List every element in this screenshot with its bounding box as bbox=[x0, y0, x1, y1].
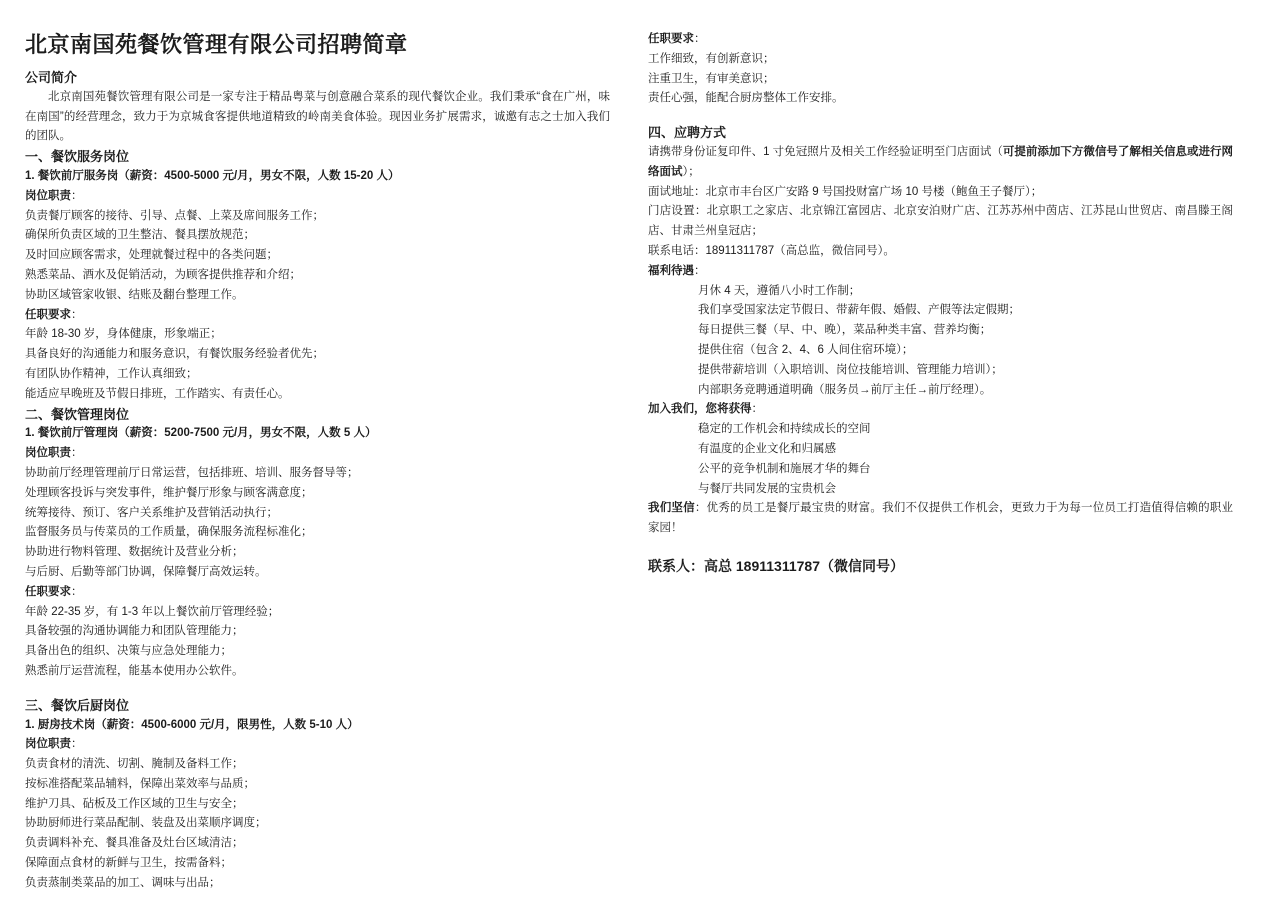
text: 责任心强，能配合厨房整体工作安排。 bbox=[648, 92, 844, 104]
text: 与后厨、后勤等部门协调，保障餐厅高效运转。 bbox=[25, 566, 267, 578]
indented-line: 我们享受国家法定节假日、带薪年假、婚假、产假等法定假期； bbox=[648, 301, 1233, 321]
text-line: 负责食材的清洗、切割、腌制及备料工作； bbox=[25, 755, 610, 775]
text: 负责餐厅顾客的接待、引导、点餐、上菜及席间服务工作； bbox=[25, 210, 324, 222]
indented-line: 月休 4 天，遵循八小时工作制； bbox=[648, 282, 1233, 302]
text-line: 加入我们，您将获得： bbox=[648, 400, 1233, 420]
text: 熟悉菜品、酒水及促销活动，为顾客提供推荐和介绍； bbox=[25, 269, 301, 281]
text-line: 具备出色的组织、决策与应急处理能力； bbox=[25, 642, 610, 662]
text: 1. 餐饮前厅管理岗（薪资：5200-7500 元/月，男女不限，人数 5 人） bbox=[25, 427, 376, 439]
right-column: 任职要求：工作细致，有创新意识；注重卫生，有审美意识；责任心强，能配合厨房整体工… bbox=[648, 30, 1233, 888]
indented-line: 提供住宿（包含 2、4、6 人间住宿环境）； bbox=[648, 341, 1233, 361]
text: ： bbox=[71, 738, 83, 750]
text-line: 协助进行物料管理、数据统计及营业分析； bbox=[25, 543, 610, 563]
text: 联系人：高总 18911311787（微信同号） bbox=[648, 558, 904, 574]
contact-line: 联系人：高总 18911311787（微信同号） bbox=[648, 557, 1233, 577]
text: 1. 餐饮前厅服务岗（薪资：4500-5000 元/月，男女不限，人数 15-2… bbox=[25, 170, 399, 182]
text: ： bbox=[71, 190, 83, 202]
bold-text: 任职要求 bbox=[648, 33, 694, 45]
bold-text: 任职要求 bbox=[25, 586, 71, 598]
text-line: 按标准搭配菜品辅料，保障出菜效率与品质； bbox=[25, 775, 610, 795]
text: 月休 4 天，遵循八小时工作制； bbox=[698, 285, 860, 297]
text: 公司简介 bbox=[25, 70, 77, 85]
bold-text: 岗位职责 bbox=[25, 190, 71, 202]
job-heading: 1. 餐饮前厅管理岗（薪资：5200-7500 元/月，男女不限，人数 5 人） bbox=[25, 424, 610, 444]
text-line: 负责调料补充、餐具准备及灶台区域清洁； bbox=[25, 834, 610, 854]
text: 请携带身份证复印件、1 寸免冠照片及相关工作经验证明至门店面试（ bbox=[648, 146, 1003, 158]
text-line: 年龄 18-30 岁，身体健康，形象端正； bbox=[25, 325, 610, 345]
bold-text: 我们坚信 bbox=[648, 502, 695, 514]
text-line: 福利待遇： bbox=[648, 262, 1233, 282]
text: 协助区域管家收银、结账及翻台整理工作。 bbox=[25, 289, 244, 301]
indented-line: 有温度的企业文化和归属感 bbox=[648, 440, 1233, 460]
bold-text: 福利待遇 bbox=[648, 265, 694, 277]
text: 能适应早晚班及节假日排班，工作踏实、有责任心。 bbox=[25, 388, 290, 400]
text: 负责调料补充、餐具准备及灶台区域清洁； bbox=[25, 837, 244, 849]
text: 1. 厨房技术岗（薪资：4500-6000 元/月，限男性，人数 5-10 人） bbox=[25, 719, 359, 731]
text-line: 联系电话：18911311787（高总监，微信同号）。 bbox=[648, 242, 1233, 262]
text-line: 能适应早晚班及节假日排班，工作踏实、有责任心。 bbox=[25, 385, 610, 405]
text-line: 熟悉前厅运营流程，能基本使用办公软件。 bbox=[25, 662, 610, 682]
job-heading: 1. 餐饮前厅服务岗（薪资：4500-5000 元/月，男女不限，人数 15-2… bbox=[25, 167, 610, 187]
bold-text: 加入我们，您将获得 bbox=[648, 403, 752, 415]
text: 协助前厅经理管理前厅日常运营，包括排班、培训、服务督导等； bbox=[25, 467, 359, 479]
text-line: 任职要求： bbox=[648, 30, 1233, 50]
bold-text: 岗位职责 bbox=[25, 738, 71, 750]
indented-line: 与餐厅共同发展的宝贵机会 bbox=[648, 480, 1233, 500]
text: 协助厨师进行菜品配制、装盘及出菜顺序调度； bbox=[25, 817, 267, 829]
text-line: 协助区域管家收银、结账及翻台整理工作。 bbox=[25, 286, 610, 306]
indented-line: 提供带薪培训（入职培训、岗位技能培训、管理能力培训）； bbox=[648, 361, 1233, 381]
text: 有温度的企业文化和归属感 bbox=[698, 443, 836, 455]
section-heading: 一、餐饮服务岗位 bbox=[25, 147, 610, 167]
text: ： bbox=[71, 586, 83, 598]
indented-line: 每日提供三餐（早、中、晚），菜品种类丰富、营养均衡； bbox=[648, 321, 1233, 341]
text: ： bbox=[71, 309, 83, 321]
text: 提供带薪培训（入职培训、岗位技能培训、管理能力培训）； bbox=[698, 364, 1003, 376]
text-line: 监督服务员与传菜员的工作质量，确保服务流程标准化； bbox=[25, 523, 610, 543]
text: 注重卫生，有审美意识； bbox=[648, 73, 775, 85]
text: 北京南国苑餐饮管理有限公司招聘简章 bbox=[25, 32, 408, 57]
spacer bbox=[25, 682, 610, 696]
spacer bbox=[648, 539, 1233, 553]
section-heading: 公司简介 bbox=[25, 68, 610, 88]
text: ： bbox=[752, 403, 764, 415]
text: 年龄 18-30 岁，身体健康，形象端正； bbox=[25, 328, 222, 340]
text: 一、餐饮服务岗位 bbox=[25, 149, 129, 164]
indented-line: 稳定的工作机会和持续成长的空间 bbox=[648, 420, 1233, 440]
text: 与餐厅共同发展的宝贵机会 bbox=[698, 483, 836, 495]
text-line: 注重卫生，有审美意识； bbox=[648, 70, 1233, 90]
text-line: 协助厨师进行菜品配制、装盘及出菜顺序调度； bbox=[25, 814, 610, 834]
text-line: 协助前厅经理管理前厅日常运营，包括排班、培训、服务督导等； bbox=[25, 464, 610, 484]
text-line: 与后厨、后勤等部门协调，保障餐厅高效运转。 bbox=[25, 563, 610, 583]
text: 具备良好的沟通能力和服务意识，有餐饮服务经验者优先； bbox=[25, 348, 324, 360]
text-line: 确保所负责区域的卫生整洁、餐具摆放规范； bbox=[25, 226, 610, 246]
text: 熟悉前厅运营流程，能基本使用办公软件。 bbox=[25, 665, 244, 677]
text: ：优秀的员工是餐厅最宝贵的财富。我们不仅提供工作机会，更致力于为每一位员工打造值… bbox=[648, 502, 1233, 534]
indented-line: 内部职务竞聘通道明确（服务员→前厅主任→前厅经理）。 bbox=[648, 381, 1233, 401]
text-line: 岗位职责： bbox=[25, 187, 610, 207]
text: 协助进行物料管理、数据统计及营业分析； bbox=[25, 546, 244, 558]
text: ： bbox=[694, 265, 706, 277]
text: ： bbox=[694, 33, 706, 45]
text: 我们享受国家法定节假日、带薪年假、婚假、产假等法定假期； bbox=[698, 304, 1020, 316]
text: 联系电话：18911311787（高总监，微信同号）。 bbox=[648, 245, 895, 257]
text-line: 具备良好的沟通能力和服务意识，有餐饮服务经验者优先； bbox=[25, 345, 610, 365]
text-line: 处理顾客投诉与突发事件，维护餐厅形象与顾客满意度； bbox=[25, 484, 610, 504]
text: 按标准搭配菜品辅料，保障出菜效率与品质； bbox=[25, 778, 255, 790]
text-line: 责任心强，能配合厨房整体工作安排。 bbox=[648, 89, 1233, 109]
document-title: 北京南国苑餐饮管理有限公司招聘简章 bbox=[25, 32, 610, 58]
text: 负责食材的清洗、切割、腌制及备料工作； bbox=[25, 758, 244, 770]
job-heading: 1. 厨房技术岗（薪资：4500-6000 元/月，限男性，人数 5-10 人） bbox=[25, 716, 610, 736]
text: 监督服务员与传菜员的工作质量，确保服务流程标准化； bbox=[25, 526, 313, 538]
indented-line: 公平的竞争机制和施展才华的舞台 bbox=[648, 460, 1233, 480]
text: 内部职务竞聘通道明确（服务员→前厅主任→前厅经理）。 bbox=[698, 384, 991, 396]
text-line: 岗位职责： bbox=[25, 444, 610, 464]
section-heading: 三、餐饮后厨岗位 bbox=[25, 696, 610, 716]
text-line: 岗位职责： bbox=[25, 735, 610, 755]
text: 具备较强的沟通协调能力和团队管理能力； bbox=[25, 625, 244, 637]
text: 四、应聘方式 bbox=[648, 125, 726, 140]
text-line: 维护刀具、砧板及工作区域的卫生与安全； bbox=[25, 795, 610, 815]
text: 保障面点食材的新鲜与卫生，按需备料； bbox=[25, 857, 232, 869]
text-line: 任职要求： bbox=[25, 306, 610, 326]
document-page: 北京南国苑餐饮管理有限公司招聘简章公司简介北京南国苑餐饮管理有限公司是一家专注于… bbox=[0, 0, 1268, 900]
text-line: 工作细致，有创新意识； bbox=[648, 50, 1233, 70]
text: 负责蒸制类菜品的加工、调味与出品； bbox=[25, 877, 221, 889]
text: 三、餐饮后厨岗位 bbox=[25, 698, 129, 713]
text: ： bbox=[71, 447, 83, 459]
section-heading: 四、应聘方式 bbox=[648, 123, 1233, 143]
text: 有团队协作精神，工作认真细致； bbox=[25, 368, 198, 380]
spacer bbox=[648, 109, 1233, 123]
left-column: 北京南国苑餐饮管理有限公司招聘简章公司简介北京南国苑餐饮管理有限公司是一家专注于… bbox=[25, 30, 610, 888]
text-line: 负责蒸制类菜品的加工、调味与出品； bbox=[25, 874, 610, 894]
text: 面试地址：北京市丰台区广安路 9 号国投财富广场 10 号楼（鲍鱼王子餐厅）； bbox=[648, 186, 1042, 198]
text: 二、餐饮管理岗位 bbox=[25, 407, 129, 422]
text: 具备出色的组织、决策与应急处理能力； bbox=[25, 645, 232, 657]
text: 公平的竞争机制和施展才华的舞台 bbox=[698, 463, 871, 475]
text: 每日提供三餐（早、中、晚），菜品种类丰富、营养均衡； bbox=[698, 324, 991, 336]
text: 统筹接待、预订、客户关系维护及营销活动执行； bbox=[25, 507, 278, 519]
text: 处理顾客投诉与突发事件，维护餐厅形象与顾客满意度； bbox=[25, 487, 313, 499]
text-line: 面试地址：北京市丰台区广安路 9 号国投财富广场 10 号楼（鲍鱼王子餐厅）； bbox=[648, 183, 1233, 203]
text-line: 及时回应顾客需求，处理就餐过程中的各类问题； bbox=[25, 246, 610, 266]
text: 维护刀具、砧板及工作区域的卫生与安全； bbox=[25, 798, 244, 810]
text: 稳定的工作机会和持续成长的空间 bbox=[698, 423, 871, 435]
text-line: 门店设置：北京职工之家店、北京锦江富园店、北京安泊财广店、江苏苏州中茵店、江苏昆… bbox=[648, 202, 1233, 242]
text-line: 熟悉菜品、酒水及促销活动，为顾客提供推荐和介绍； bbox=[25, 266, 610, 286]
text-line: 有团队协作精神，工作认真细致； bbox=[25, 365, 610, 385]
text: ）； bbox=[683, 166, 700, 178]
text: 年龄 22-35 岁，有 1-3 年以上餐饮前厅管理经验； bbox=[25, 606, 279, 618]
bold-text: 任职要求 bbox=[25, 309, 71, 321]
text: 及时回应顾客需求，处理就餐过程中的各类问题； bbox=[25, 249, 278, 261]
text-line: 统筹接待、预订、客户关系维护及营销活动执行； bbox=[25, 504, 610, 524]
text-line: 具备较强的沟通协调能力和团队管理能力； bbox=[25, 622, 610, 642]
text-line: 请携带身份证复印件、1 寸免冠照片及相关工作经验证明至门店面试（可提前添加下方微… bbox=[648, 143, 1233, 183]
section-heading: 二、餐饮管理岗位 bbox=[25, 405, 610, 425]
text: 门店设置：北京职工之家店、北京锦江富园店、北京安泊财广店、江苏苏州中茵店、江苏昆… bbox=[648, 205, 1233, 237]
text-line: 年龄 22-35 岁，有 1-3 年以上餐饮前厅管理经验； bbox=[25, 603, 610, 623]
intro-paragraph: 北京南国苑餐饮管理有限公司是一家专注于精品粤菜与创意融合菜系的现代餐饮企业。我们… bbox=[25, 88, 610, 147]
text-line: 保障面点食材的新鲜与卫生，按需备料； bbox=[25, 854, 610, 874]
text: 提供住宿（包含 2、4、6 人间住宿环境）； bbox=[698, 344, 913, 356]
text-line: 任职要求： bbox=[25, 583, 610, 603]
text: 确保所负责区域的卫生整洁、餐具摆放规范； bbox=[25, 229, 255, 241]
bold-text: 岗位职责 bbox=[25, 447, 71, 459]
text-line: 负责餐厅顾客的接待、引导、点餐、上菜及席间服务工作； bbox=[25, 207, 610, 227]
text-line: 我们坚信：优秀的员工是餐厅最宝贵的财富。我们不仅提供工作机会，更致力于为每一位员… bbox=[648, 499, 1233, 539]
text: 北京南国苑餐饮管理有限公司是一家专注于精品粤菜与创意融合菜系的现代餐饮企业。我们… bbox=[25, 91, 610, 143]
text: 工作细致，有创新意识； bbox=[648, 53, 775, 65]
